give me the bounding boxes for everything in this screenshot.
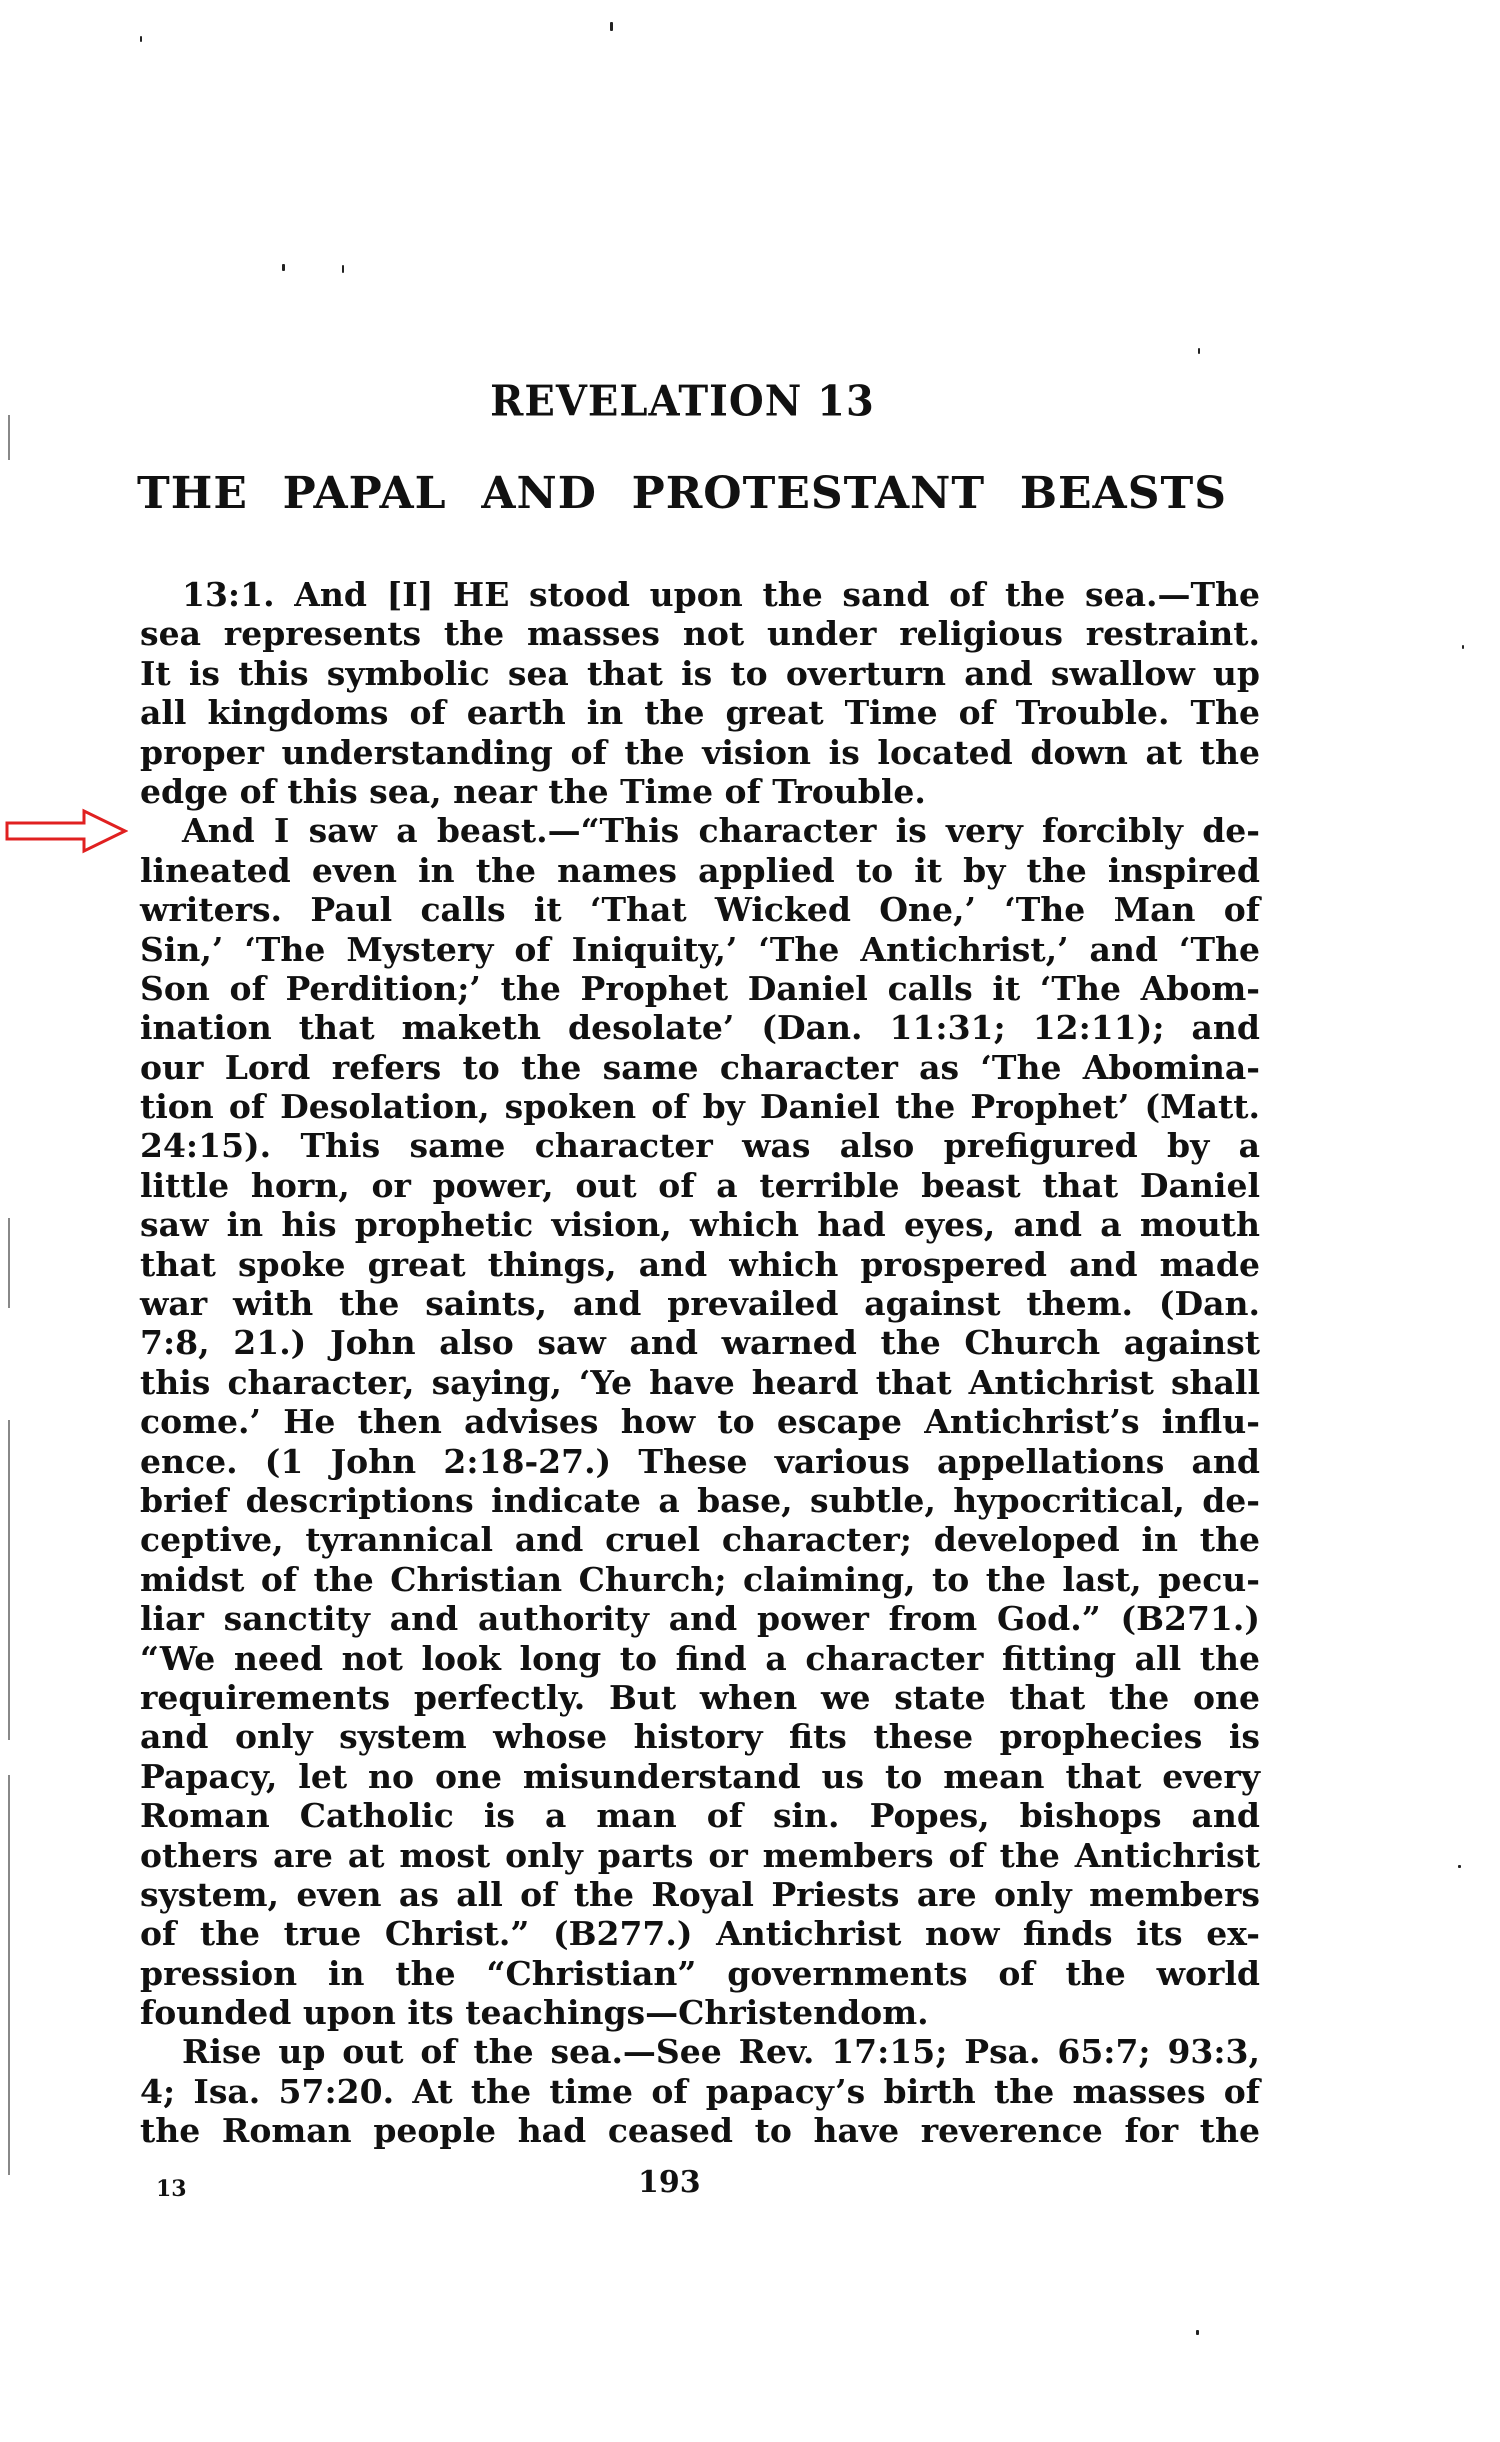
page-number: 193	[638, 2165, 701, 2200]
text-line: founded upon its teachings—Christendom.	[140, 1993, 1260, 2032]
text-line: all kingdoms of earth in the great Time …	[140, 693, 1260, 732]
text-line: Son of Perdition;’ the Prophet Daniel ca…	[140, 969, 1260, 1008]
text-line: ination that maketh desolate’ (Dan. 11:3…	[140, 1008, 1260, 1047]
text-line: midst of the Christian Church; claiming,…	[140, 1560, 1260, 1599]
text-line: liar sanctity and authority and power fr…	[140, 1599, 1260, 1638]
text-line: brief descriptions indicate a base, subt…	[140, 1481, 1260, 1520]
body-text: 13:1. And [I] HE stood upon the sand of …	[140, 575, 1260, 2151]
text-line: little horn, or power, out of a terrible…	[140, 1166, 1260, 1205]
scan-speck	[1462, 645, 1464, 649]
scan-edge-line	[8, 1218, 10, 1308]
text-line: Papacy, let no one misunderstand us to m…	[140, 1757, 1260, 1796]
scan-speck	[1196, 2330, 1199, 2335]
text-line: “We need not look long to find a charact…	[140, 1639, 1260, 1678]
scanned-book-page: REVELATION 13 THE PAPAL AND PROTESTANT B…	[0, 0, 1500, 2442]
text-line: others are at most only parts or members…	[140, 1836, 1260, 1875]
text-line: and only system whose history fits these…	[140, 1717, 1260, 1756]
text-line: sea represents the masses not under reli…	[140, 614, 1260, 653]
text-line: 7:8, 21.) John also saw and warned the C…	[140, 1323, 1260, 1362]
section-title: THE PAPAL AND PROTESTANT BEASTS	[137, 468, 1227, 519]
text-line: It is this symbolic sea that is to overt…	[140, 654, 1260, 693]
text-line: And I saw a beast.—“This character is ve…	[140, 811, 1260, 850]
text-line: 24:15). This same character was also pre…	[140, 1126, 1260, 1165]
red-arrow-icon	[4, 808, 128, 854]
text-line: saw in his prophetic vision, which had e…	[140, 1205, 1260, 1244]
text-line: ceptive, tyrannical and cruel character;…	[140, 1520, 1260, 1559]
text-line: our Lord refers to the same character as…	[140, 1048, 1260, 1087]
text-line: this character, saying, ‘Ye have heard t…	[140, 1363, 1260, 1402]
text-line: the Roman people had ceased to have reve…	[140, 2111, 1260, 2150]
scan-speck	[282, 264, 285, 271]
text-line: 4; Isa. 57:20. At the time of papacy’s b…	[140, 2072, 1260, 2111]
text-line: lineated even in the names applied to it…	[140, 851, 1260, 890]
text-line: Rise up out of the sea.—See Rev. 17:15; …	[140, 2032, 1260, 2071]
scan-speck	[1458, 1865, 1461, 1868]
text-line: Sin,’ ‘The Mystery of Iniquity,’ ‘The An…	[140, 930, 1260, 969]
text-line: pression in the “Christian” governments …	[140, 1954, 1260, 1993]
text-line: war with the saints, and prevailed again…	[140, 1284, 1260, 1323]
scan-edge-line	[8, 1420, 10, 1740]
text-line: system, even as all of the Royal Priests…	[140, 1875, 1260, 1914]
chapter-title: REVELATION 13	[0, 377, 1365, 426]
text-line: proper understanding of the vision is lo…	[140, 733, 1260, 772]
text-line: edge of this sea, near the Time of Troub…	[140, 772, 1260, 811]
text-line: writers. Paul calls it ‘That Wicked One,…	[140, 890, 1260, 929]
scan-edge-line	[8, 1775, 10, 2175]
text-line: that spoke great things, and which prosp…	[140, 1245, 1260, 1284]
text-line: come.’ He then advises how to escape Ant…	[140, 1402, 1260, 1441]
text-line: requirements perfectly. But when we stat…	[140, 1678, 1260, 1717]
text-line: 13:1. And [I] HE stood upon the sand of …	[140, 575, 1260, 614]
text-line: ence. (1 John 2:18-27.) These various ap…	[140, 1442, 1260, 1481]
text-line: tion of Desolation, spoken of by Daniel …	[140, 1087, 1260, 1126]
scan-speck	[140, 36, 142, 42]
signature-mark: 13	[156, 2176, 187, 2202]
text-line: of the true Christ.” (B277.) Antichrist …	[140, 1914, 1260, 1953]
scan-speck	[610, 22, 613, 31]
scan-speck	[342, 265, 344, 273]
text-line: Roman Catholic is a man of sin. Popes, b…	[140, 1796, 1260, 1835]
scan-speck	[1198, 348, 1200, 354]
